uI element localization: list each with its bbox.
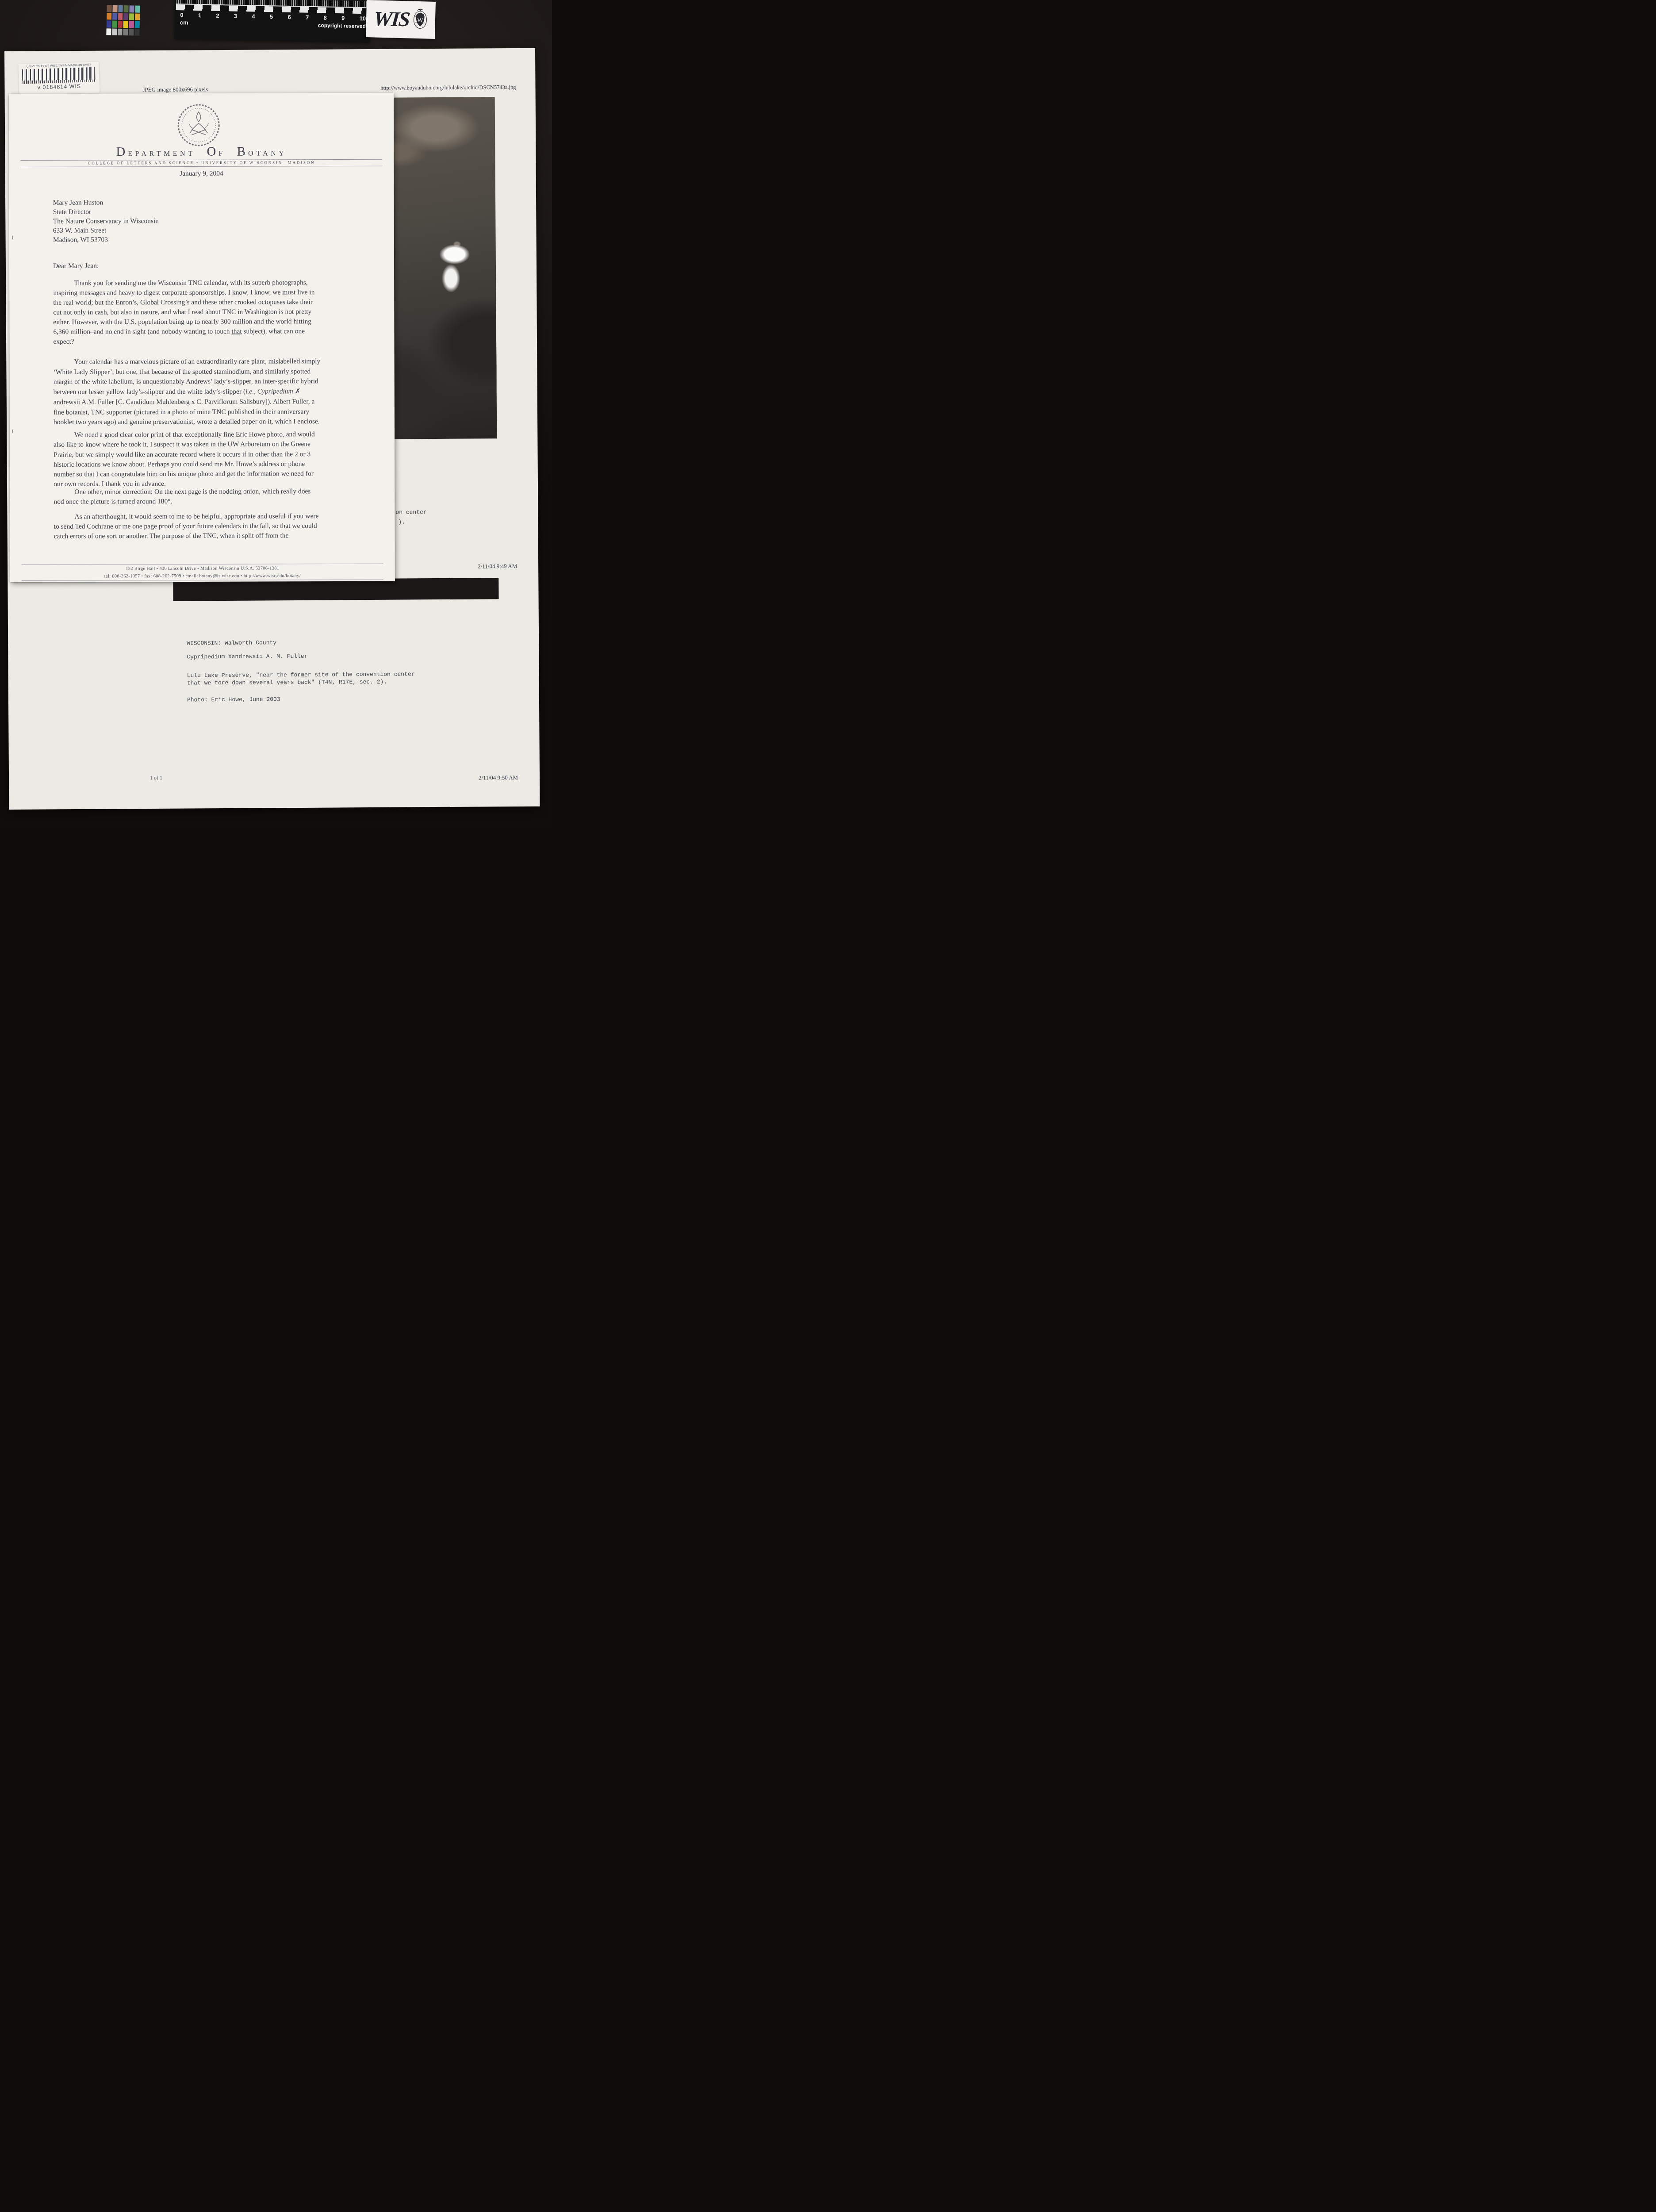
ruler-copyright-label: copyright reserved bbox=[318, 22, 366, 29]
letter-paragraph-2: Your calendar has a marvelous picture of… bbox=[54, 357, 383, 428]
printout-header-left: JPEG image 800x696 pixels bbox=[142, 86, 208, 93]
herbarium-wis-card: WIS W bbox=[366, 0, 436, 39]
uw-crest-icon: W bbox=[412, 8, 428, 32]
barcode-icon bbox=[22, 67, 96, 84]
page-number: 1 of 1 bbox=[150, 775, 162, 781]
caption-partial-line-1: on center bbox=[395, 509, 426, 515]
scale-ruler: 012345678910 cm copyright reserved bbox=[174, 0, 371, 42]
scanned-document-scene: 012345678910 cm copyright reserved WIS W… bbox=[0, 0, 552, 828]
print-timestamp-2: 2/11/04 9:50 AM bbox=[479, 774, 518, 782]
caption-species: Cypripedium Xandrewsii A. M. Fuller bbox=[187, 653, 307, 661]
letter-paragraph-4: One other, minor correction: On the next… bbox=[54, 487, 383, 507]
ruler-unit-label: cm bbox=[180, 19, 188, 26]
letter-date: January 9, 2004 bbox=[9, 169, 394, 178]
letter-footer-rule-bottom bbox=[22, 580, 383, 581]
print-timestamp-1: 2/11/04 9:49 AM bbox=[478, 563, 517, 570]
accession-barcode-label: UNIVERSITY OF WISCONSIN-MADISON (WIS) v … bbox=[18, 61, 100, 95]
color-calibration-target bbox=[105, 4, 141, 37]
letter-paragraph-1: Thank you for sending me the Wisconsin T… bbox=[53, 278, 383, 347]
botany-letter-page: DEPARTMENTOFBOTANY COLLEGE OF LETTERS AN… bbox=[9, 93, 395, 582]
recipient-address-block: Mary Jean HustonState DirectorThe Nature… bbox=[53, 198, 159, 245]
smudge-mark bbox=[12, 235, 15, 240]
wis-label: WIS bbox=[373, 7, 410, 32]
smudge-mark bbox=[12, 429, 15, 434]
letterhead-college-line: COLLEGE OF LETTERS AND SCIENCE • UNIVERS… bbox=[9, 160, 394, 165]
letter-paragraph-5: As an afterthought, it would seem to me … bbox=[54, 511, 383, 541]
letter-paragraph-3: We need a good clear color print of that… bbox=[54, 430, 383, 490]
svg-text:W: W bbox=[417, 16, 423, 23]
letter-footer-rule-top bbox=[22, 564, 383, 565]
letterhead-rule-bottom bbox=[20, 166, 382, 167]
caption-locality-line-2: that we tore down several years back" (T… bbox=[187, 679, 387, 687]
caption-locality-line-1: Lulu Lake Preserve, "near the former sit… bbox=[187, 671, 415, 679]
letter-footer-contact: tel: 608-262-1057 • fax: 608-262-7509 • … bbox=[10, 573, 395, 579]
printout-header-url: http://www.hoyaudubon.org/lululake/orchi… bbox=[380, 84, 516, 92]
caption-state-county: WISCONSIN: Walworth County bbox=[187, 639, 276, 646]
caption-photo-credit: Photo: Eric Howe, June 2003 bbox=[187, 696, 280, 703]
barcode-number: v 0184814 WIS bbox=[19, 82, 100, 91]
salutation: Dear Mary Jean: bbox=[53, 261, 99, 271]
letter-footer-address: 132 Birge Hall • 430 Lincoln Drive • Mad… bbox=[10, 566, 395, 572]
letterhead-title: DEPARTMENTOFBOTANY bbox=[9, 144, 394, 160]
university-seal-icon bbox=[176, 102, 221, 148]
caption-partial-line-2: ). bbox=[398, 518, 405, 525]
